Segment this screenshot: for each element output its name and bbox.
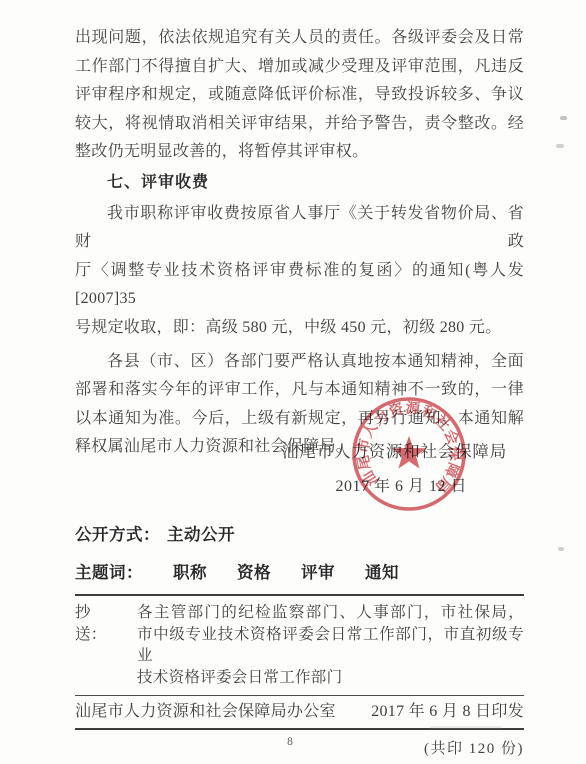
keywords-label: 主题词： bbox=[75, 562, 143, 584]
scan-speck bbox=[560, 116, 567, 120]
cc-line: 市中级专业技术资格评委会日常工作部门，市直初级专业 bbox=[137, 624, 524, 667]
body-line: 评审程序和规定，或随意降低评价标准，导致投诉较多、争议 bbox=[75, 81, 524, 110]
body-line: 各县（市、区）各部门要严格认真地按本通知精神，全面 bbox=[75, 348, 524, 377]
keyword-item: 通知 bbox=[365, 562, 399, 584]
scan-speck bbox=[556, 144, 564, 148]
body-line: 出现问题，依法依规追究有关人员的责任。各级评委会及日常 bbox=[75, 24, 524, 53]
signature-date: 2017 年 6 月 12 日 bbox=[0, 473, 467, 496]
cc-row: 抄 送： 各主管部门的纪检监察部门、人事部门，市社保局， 市中级专业技术资格评委… bbox=[75, 602, 524, 688]
keyword-item: 职称 bbox=[173, 562, 207, 584]
body-line: 厅〈调整专业技术资格评审费标准的复函〉的通知(粤人发[2007]35 bbox=[75, 257, 524, 314]
body-line: 整改仍无明显改善的，将暂停其评审权。 bbox=[75, 138, 524, 167]
print-date: 2017 年 6 月 8 日印发 bbox=[371, 702, 524, 722]
paragraph: 我市职称评审收费按原省人事厅《关于转发省物价局、省财政 厅〈调整专业技术资格评审… bbox=[75, 200, 524, 343]
signature-org: 汕尾市人力资源和社会保障局 bbox=[0, 438, 507, 462]
scan-speck bbox=[558, 547, 564, 551]
cc-line: 技术资格评委会日常工作部门 bbox=[137, 667, 524, 689]
cc-lines: 各主管部门的纪检监察部门、人事部门，市社保局， 市中级专业技术资格评委会日常工作… bbox=[137, 602, 524, 688]
keyword-item: 评审 bbox=[301, 562, 335, 584]
body-line: 以本通知为准。今后，上级有新规定，再另行通知。本通知解 bbox=[75, 405, 524, 434]
body-line: 部署和落实今年的评审工作，凡与本通知精神不一致的，一律 bbox=[75, 376, 524, 405]
document-page: 出现问题，依法依规追究有关人员的责任。各级评委会及日常 工作部门不得擅自扩大、增… bbox=[0, 0, 586, 764]
body-line: 较大，将视情取消相关评审结果，并给予警告，责令整改。经 bbox=[75, 110, 524, 139]
keyword-item: 资格 bbox=[237, 562, 271, 584]
issuer-row: 汕尾市人力资源和社会保障局办公室 2017 年 6 月 8 日印发 bbox=[75, 702, 524, 722]
issuer-name: 汕尾市人力资源和社会保障局办公室 bbox=[75, 702, 336, 722]
divider-rule bbox=[75, 594, 524, 596]
publicity-row: 公开方式：主动公开 bbox=[75, 525, 524, 545]
cc-label: 抄 送： bbox=[75, 602, 137, 688]
divider-rule bbox=[75, 695, 524, 696]
keywords-row: 主题词： 职称 资格 评审 通知 bbox=[75, 562, 524, 584]
cc-line: 各主管部门的纪检监察部门、人事部门，市社保局， bbox=[137, 602, 524, 624]
signature-block: 汕尾市人力资源和社会保障局 2017 年 6 月 12 日 bbox=[0, 438, 523, 496]
paragraph: 出现问题，依法依规追究有关人员的责任。各级评委会及日常 工作部门不得擅自扩大、增… bbox=[75, 24, 524, 167]
body-line: 号规定收取，即：高级 580 元，中级 450 元，初级 280 元。 bbox=[75, 314, 524, 343]
publicity-value: 主动公开 bbox=[167, 526, 235, 544]
publicity-label: 公开方式： bbox=[75, 526, 160, 544]
page-number: 8 bbox=[0, 736, 580, 748]
body-text: 出现问题，依法依规追究有关人员的责任。各级评委会及日常 工作部门不得擅自扩大、增… bbox=[75, 24, 524, 462]
body-line: 工作部门不得擅自扩大、增加或减少受理及评审范围，凡违反 bbox=[75, 53, 524, 82]
body-line: 我市职称评审收费按原省人事厅《关于转发省物价局、省财政 bbox=[75, 200, 524, 257]
footer: 公开方式：主动公开 主题词： 职称 资格 评审 通知 抄 送： 各主管部门的纪检… bbox=[75, 525, 524, 758]
scan-speck bbox=[430, 726, 502, 729]
section-heading: 七、评审收费 bbox=[75, 169, 524, 198]
